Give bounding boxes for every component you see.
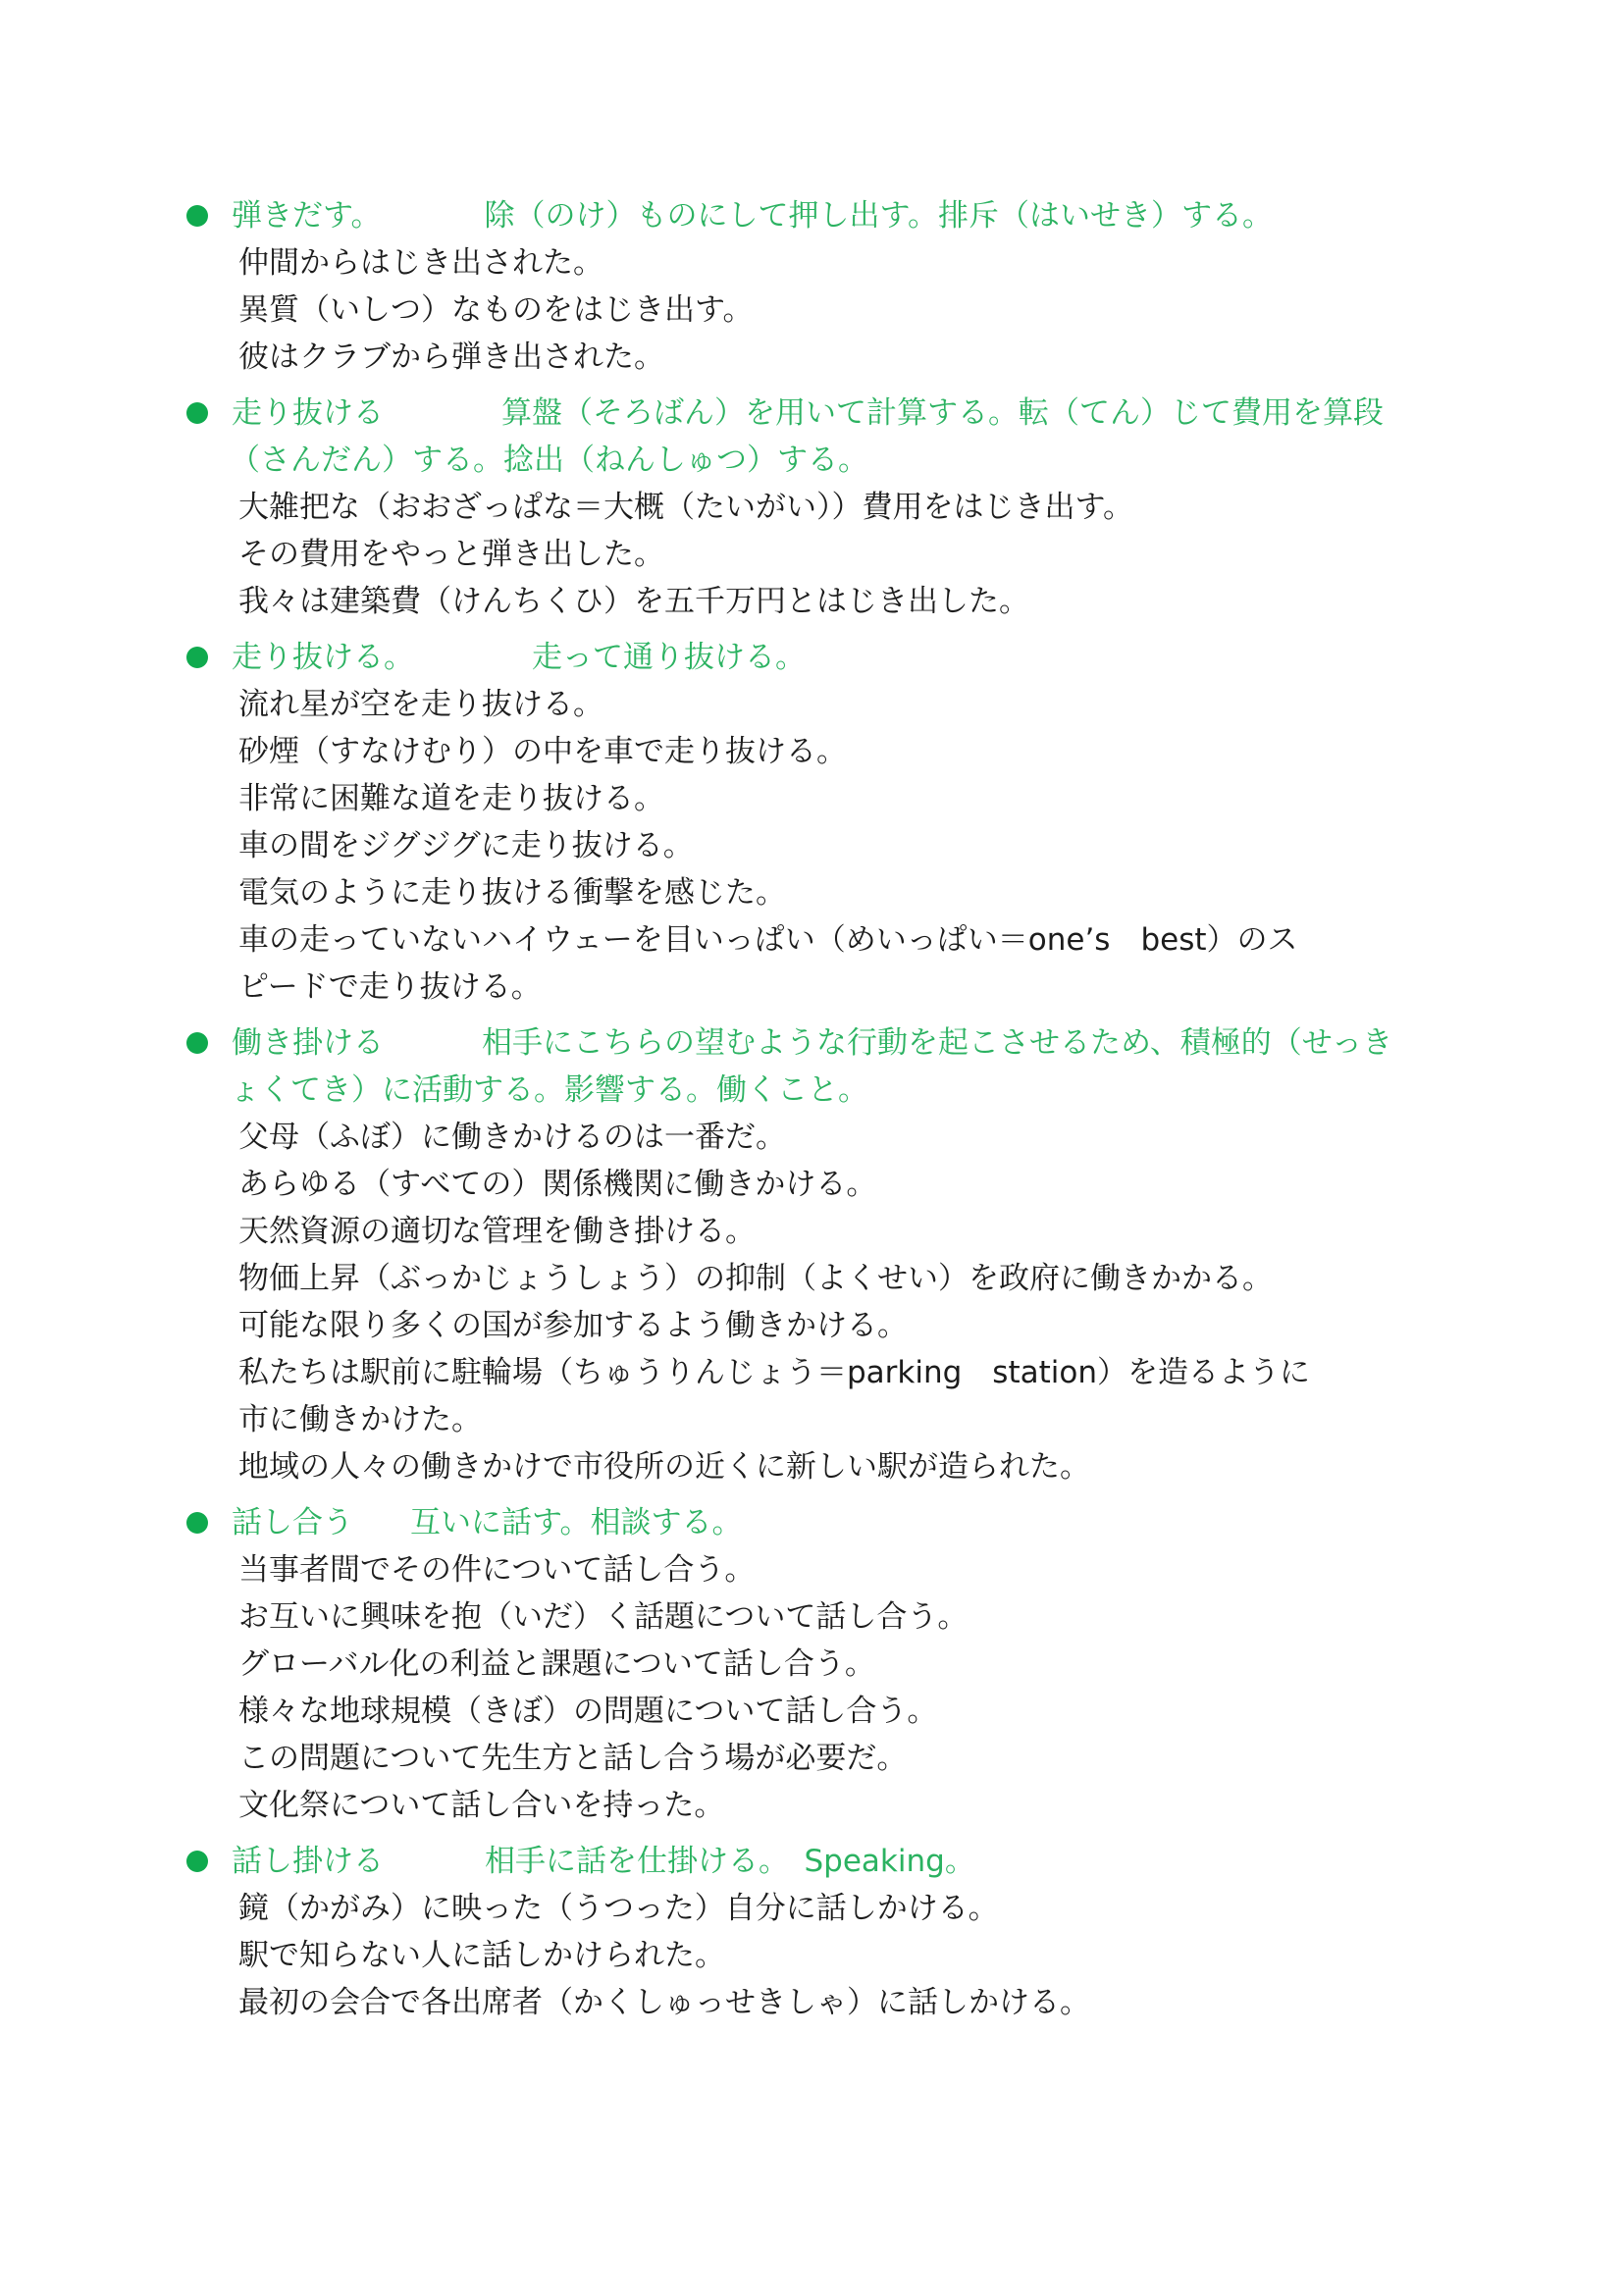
entry-definition: 除（のけ）ものにして押し出す。排斥（はいせき）する。 xyxy=(485,192,1274,239)
entry-heading: 弾きだす。 除（のけ）ものにして押し出す。排斥（はいせき）する。 xyxy=(186,192,1565,239)
example-sentence: 流れ星が空を走り抜ける。 xyxy=(186,681,1565,728)
entry-heading: 走り抜ける。 走って通り抜ける。 xyxy=(186,634,1565,681)
bullet-icon xyxy=(186,205,208,227)
example-sentence: 物価上昇（ぶっかじょうしょう）の抑制（よくせい）を政府に働きかかる。 xyxy=(186,1255,1565,1302)
entry-heading: 働き掛ける 相手にこちらの望むような行動を起こさせるため、積極的（せっき xyxy=(186,1019,1565,1067)
entry-term: 弾きだす。 xyxy=(232,192,382,239)
entry-term: 走り抜ける xyxy=(232,390,384,437)
example-sentence: 仲間からはじき出された。 xyxy=(186,239,1565,287)
vocab-entry: 話し掛ける 相手に話を仕掛ける。 Speaking。 鏡（かがみ）に映った（うつ… xyxy=(186,1838,1565,2026)
example-sentence: 車の走っていないハイウェーを目いっぱい（めいっぱい＝one’s best）のス xyxy=(186,916,1565,964)
example-sentence: お互いに興味を抱（いだ）く話題について話し合う。 xyxy=(186,1593,1565,1641)
entry-definition: 走って通り抜ける。 xyxy=(532,634,806,681)
example-sentence: 大雑把な（おおざっぱな＝大概（たいがい））費用をはじき出す。 xyxy=(186,484,1565,531)
example-sentence: 非常に困難な道を走り抜ける。 xyxy=(186,775,1565,822)
example-sentence: 砂煙（すなけむり）の中を車で走り抜ける。 xyxy=(186,728,1565,775)
example-sentence: 父母（ふぼ）に働きかけるのは一番だ。 xyxy=(186,1114,1565,1161)
entry-term: 話し掛ける xyxy=(232,1838,384,1885)
example-sentence: 鏡（かがみ）に映った（うつった）自分に話しかける。 xyxy=(186,1885,1565,1932)
entry-term: 話し合う xyxy=(232,1499,353,1546)
example-sentence: 私たちは駅前に駐輪場（ちゅうりんじょう＝parking station）を造るよ… xyxy=(186,1349,1565,1396)
example-sentence: 異質（いしつ）なものをはじき出す。 xyxy=(186,287,1565,334)
bullet-icon xyxy=(186,647,208,668)
entry-term: 走り抜ける。 xyxy=(232,634,414,681)
example-sentence: 様々な地球規模（きぼ）の問題について話し合う。 xyxy=(186,1688,1565,1735)
example-sentence: グローバル化の利益と課題について話し合う。 xyxy=(186,1641,1565,1688)
example-sentence: 当事者間でその件について話し合う。 xyxy=(186,1546,1565,1593)
vocab-entry: 弾きだす。 除（のけ）ものにして押し出す。排斥（はいせき）する。 仲間からはじき… xyxy=(186,192,1565,381)
vocab-entry: 働き掛ける 相手にこちらの望むような行動を起こさせるため、積極的（せっき ょくて… xyxy=(186,1019,1565,1490)
entry-heading: 話し合う 互いに話す。相談する。 xyxy=(186,1499,1565,1546)
vocab-entry: 話し合う 互いに話す。相談する。 当事者間でその件について話し合う。 お互いに興… xyxy=(186,1499,1565,1829)
example-sentence: 最初の会合で各出席者（かくしゅっせきしゃ）に話しかける。 xyxy=(186,1979,1565,2026)
entry-definition-continued: （さんだん）する。捻出（ねんしゅつ）する。 xyxy=(186,437,1565,484)
example-sentence: 駅で知らない人に話しかけられた。 xyxy=(186,1932,1565,1979)
example-sentence: この問題について先生方と話し合う場が必要だ。 xyxy=(186,1735,1565,1782)
bullet-icon xyxy=(186,1851,208,1872)
example-sentence: 天然資源の適切な管理を働き掛ける。 xyxy=(186,1208,1565,1255)
bullet-icon xyxy=(186,1512,208,1534)
example-sentence: 電気のように走り抜ける衝撃を感じた。 xyxy=(186,869,1565,916)
example-sentence: 可能な限り多くの国が参加するよう働きかける。 xyxy=(186,1302,1565,1349)
example-sentence: 車の間をジグジグに走り抜ける。 xyxy=(186,822,1565,869)
bullet-icon xyxy=(186,1032,208,1054)
example-sentence: 彼はクラブから弾き出された。 xyxy=(186,334,1565,381)
entry-heading: 話し掛ける 相手に話を仕掛ける。 Speaking。 xyxy=(186,1838,1565,1885)
entry-definition-continued: ょくてき）に活動する。影響する。働くこと。 xyxy=(186,1067,1565,1114)
entry-definition: 相手にこちらの望むような行動を起こさせるため、積極的（せっき xyxy=(482,1019,1392,1067)
entry-definition: 算盤（そろばん）を用いて計算する。転（てん）じて費用を算段 xyxy=(501,390,1384,437)
example-sentence: 我々は建築費（けんちくひ）を五千万円とはじき出した。 xyxy=(186,578,1565,625)
vocab-entry: 走り抜ける 算盤（そろばん）を用いて計算する。転（てん）じて費用を算段 （さんだ… xyxy=(186,390,1565,625)
entry-term: 働き掛ける xyxy=(232,1019,384,1067)
example-sentence: あらゆる（すべての）関係機関に働きかける。 xyxy=(186,1161,1565,1208)
vocab-entry: 走り抜ける。 走って通り抜ける。 流れ星が空を走り抜ける。 砂煙（すなけむり）の… xyxy=(186,634,1565,1011)
bullet-icon xyxy=(186,402,208,424)
example-sentence: 地域の人々の働きかけで市役所の近くに新しい駅が造られた。 xyxy=(186,1443,1565,1490)
example-sentence: 文化祭について話し合いを持った。 xyxy=(186,1782,1565,1829)
entry-definition: 相手に話を仕掛ける。 Speaking。 xyxy=(485,1838,975,1885)
example-sentence: その費用をやっと弾き出した。 xyxy=(186,531,1565,578)
example-sentence-continued: ピードで走り抜ける。 xyxy=(186,964,1565,1011)
document-page: 弾きだす。 除（のけ）ものにして押し出す。排斥（はいせき）する。 仲間からはじき… xyxy=(0,0,1624,2296)
entry-heading: 走り抜ける 算盤（そろばん）を用いて計算する。転（てん）じて費用を算段 xyxy=(186,390,1565,437)
entry-definition: 互いに話す。相談する。 xyxy=(410,1499,743,1546)
example-sentence-continued: 市に働きかけた。 xyxy=(186,1396,1565,1443)
